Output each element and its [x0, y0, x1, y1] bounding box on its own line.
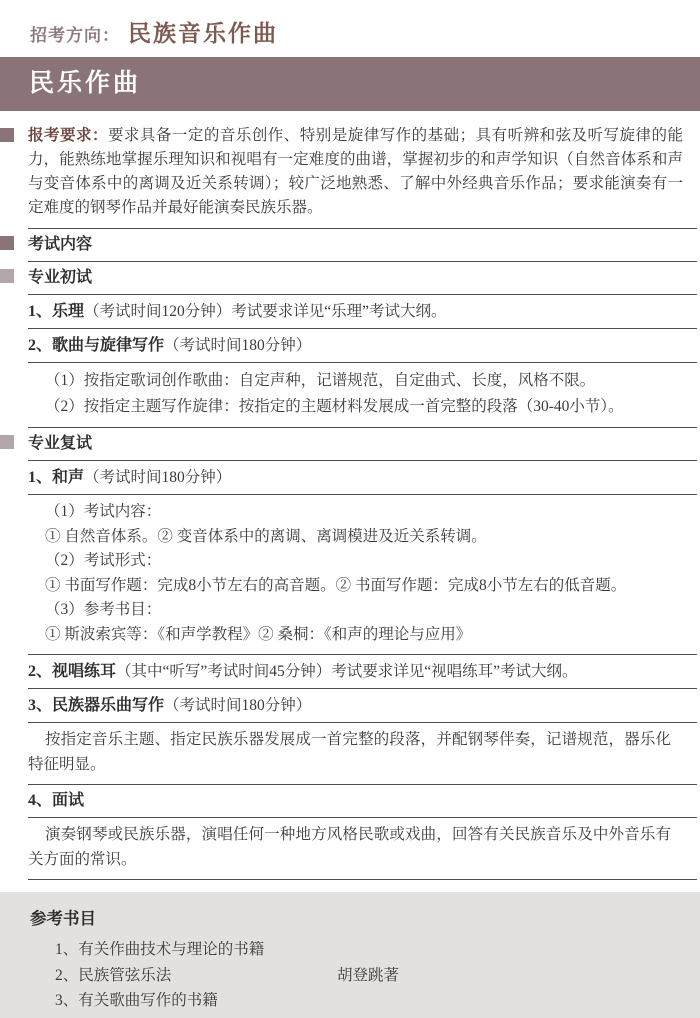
first-round-item-song-melody-writing: 2、歌曲与旋律写作（考试时间180分钟） [28, 329, 697, 363]
harmony-details: （1）考试内容： ① 自然音体系。② 变音体系中的离调、离调模进及近关系转调。 … [28, 495, 697, 655]
detail-line: （1）按指定歌词创作歌曲：自定声种，记谱规范，自定曲式、长度，风格不限。 [28, 368, 687, 394]
item-title: 2、视唱练耳 [28, 663, 116, 680]
folk-instrumental-writing-details: 按指定音乐主题、指定民族乐器发展成一首完整的段落，并配钢琴伴奏，记谱规范，器乐化… [28, 723, 697, 785]
reference-books-section: 参考书目 1、有关作曲技术与理论的书籍 2、民族管弦乐法胡登跳著 3、有关歌曲写… [0, 892, 700, 1018]
reference-book-item: 2、民族管弦乐法胡登跳著 [30, 963, 670, 989]
item-detail: （考试时间180分钟） [164, 337, 311, 354]
section-banner: 民乐作曲 [0, 57, 700, 111]
reference-book-title: 2、民族管弦乐法 [55, 963, 337, 989]
first-round-item-music-theory: 1、乐理（考试时间120分钟）考试要求详见“乐理”考试大纲。 [28, 295, 697, 329]
item-title: 1、乐理 [28, 303, 84, 320]
reference-book-item: 3、有关歌曲写作的书籍 [30, 988, 670, 1014]
item-title: 1、和声 [28, 469, 84, 486]
second-round-item-harmony: 1、和声（考试时间180分钟） [28, 461, 697, 495]
item-detail: （考试时间180分钟） [84, 469, 231, 486]
detail-line: （2）按指定主题写作旋律：按指定的主题材料发展成一首完整的段落（30-40小节）… [28, 394, 687, 420]
item-title: 2、歌曲与旋律写作 [28, 337, 164, 354]
item-title: 3、民族器乐曲写作 [28, 697, 164, 714]
bullet-square-icon [0, 236, 14, 250]
admission-direction-title: 民族音乐作曲 [128, 21, 278, 46]
detail-line: （2）考试形式： [28, 549, 687, 574]
second-round-heading: 专业复试 [28, 435, 92, 452]
page-header: 招考方向：民族音乐作曲 [0, 0, 700, 57]
item-detail: （其中“听写”考试时间45分钟）考试要求详见“视唱练耳”考试大纲。 [116, 663, 578, 680]
item-detail: （考试时间120分钟）考试要求详见“乐理”考试大纲。 [84, 303, 447, 320]
detail-line: （1）考试内容： [28, 500, 687, 525]
reference-book-author: 胡登跳著 [337, 967, 399, 984]
detail-line: （3）参考书目： [28, 598, 687, 623]
detail-line: ① 斯波索宾等：《和声学教程》② 桑桐：《和声的理论与应用》 [28, 623, 687, 648]
banner-title: 民乐作曲 [29, 70, 141, 97]
detail-paragraph: 按指定音乐主题、指定民族乐器发展成一首完整的段落，并配钢琴伴奏，记谱规范，器乐化… [28, 728, 687, 777]
item-detail: （考试时间180分钟） [164, 697, 311, 714]
detail-line: ① 书面写作题：完成8小节左右的高音题。② 书面写作题：完成8小节左右的低音题。 [28, 574, 687, 599]
requirements-text: 要求具备一定的音乐创作、特别是旋律写作的基础；具有听辨和弦及听写旋律的能力，能熟… [28, 127, 683, 216]
exam-content-heading: 考试内容 [28, 236, 92, 253]
reference-book-title: 3、有关歌曲写作的书籍 [55, 992, 218, 1009]
reference-book-item: 1、有关作曲技术与理论的书籍 [30, 937, 670, 963]
first-round-heading: 专业初试 [28, 269, 92, 286]
item-title: 4、面试 [28, 792, 84, 809]
detail-line: ① 自然音体系。② 变音体系中的离调、离调模进及近关系转调。 [28, 525, 687, 550]
bullet-square-icon [0, 269, 14, 283]
reference-book-title: 1、有关作曲技术与理论的书籍 [55, 941, 264, 958]
reference-books-heading: 参考书目 [30, 905, 670, 929]
requirements-label: 报考要求： [28, 127, 108, 144]
admission-direction-label: 招考方向： [30, 26, 120, 45]
song-melody-writing-details: （1）按指定歌词创作歌曲：自定声种，记谱规范，自定曲式、长度，风格不限。 （2）… [28, 363, 697, 428]
second-round-heading-row: 专业复试 [28, 428, 697, 461]
detail-paragraph: 演奏钢琴或民族乐器，演唱任何一种地方风格民歌或戏曲，回答有关民族音乐及中外音乐有… [28, 823, 687, 872]
application-requirements: 报考要求：要求具备一定的音乐创作、特别是旋律写作的基础；具有听辨和弦及听写旋律的… [28, 121, 697, 229]
interview-details: 演奏钢琴或民族乐器，演唱任何一种地方风格民歌或戏曲，回答有关民族音乐及中外音乐有… [28, 818, 697, 880]
exam-content-heading-row: 考试内容 [28, 229, 697, 262]
second-round-item-sight-singing-ear-training: 2、视唱练耳（其中“听写”考试时间45分钟）考试要求详见“视唱练耳”考试大纲。 [28, 655, 697, 689]
second-round-item-folk-instrumental-writing: 3、民族器乐曲写作（考试时间180分钟） [28, 689, 697, 723]
document-body: 报考要求：要求具备一定的音乐创作、特别是旋律写作的基础；具有听辨和弦及听写旋律的… [28, 121, 697, 1018]
first-round-heading-row: 专业初试 [28, 262, 697, 295]
second-round-item-interview: 4、面试 [28, 785, 697, 818]
bullet-square-icon [0, 435, 14, 449]
bullet-square-icon [0, 128, 14, 142]
